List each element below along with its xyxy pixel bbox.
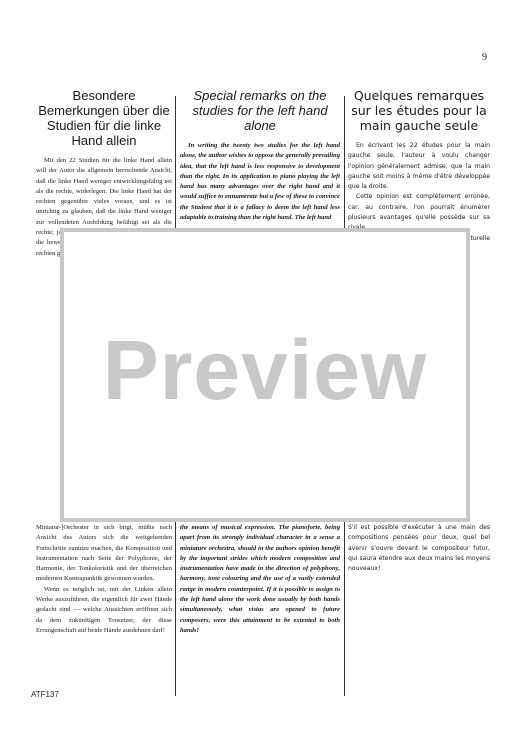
german-paragraph: Wenn es möglich ist, mit der Linken alle…	[36, 585, 172, 636]
french-paragraph: S'il est possible d'exécuter à une main …	[348, 523, 490, 574]
english-heading: Special remarks on the studies for the l…	[180, 88, 340, 133]
preview-watermark-label: Preview	[64, 322, 466, 419]
catalog-code: ATF137	[31, 690, 59, 699]
page-number: 9	[482, 52, 487, 63]
french-heading: Quelques remarques sur les études pour l…	[348, 88, 490, 133]
french-paragraph: En écrivant les 22 études pour la main g…	[348, 141, 490, 192]
english-column: Special remarks on the studies for the l…	[180, 88, 340, 223]
german-heading: Besondere Bemerkungen über die Studien f…	[36, 88, 172, 148]
preview-watermark-box: Preview	[60, 228, 470, 522]
french-closing-text: S'il est possible d'exécuter à une main …	[348, 523, 490, 574]
english-intro-text: In writing the twenty two studies for th…	[180, 141, 340, 223]
english-closing-text: the means of musical expression. The pia…	[180, 523, 340, 636]
english-paragraph: the means of musical expression. The pia…	[180, 523, 340, 636]
german-paragraph: Miniatur-]Orchester in sich birgt, müßte…	[36, 523, 172, 585]
english-paragraph: In writing the twenty two studies for th…	[180, 141, 340, 223]
german-closing-text: Miniatur-]Orchester in sich birgt, müßte…	[36, 523, 172, 636]
